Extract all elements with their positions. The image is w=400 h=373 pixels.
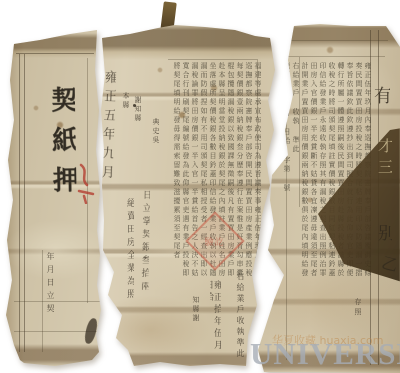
printed-column: 計開業戶置買田房用價銀兩納稅銀數俱於尾內填明給發 (299, 62, 308, 350)
seam-character-middle: 别 (373, 224, 392, 246)
ruled-line (276, 40, 388, 41)
seam-character-top: 有 (370, 86, 390, 110)
stain-characters: 才三 (374, 138, 392, 184)
side-note-column: 存照 (352, 298, 361, 328)
printed-column: 右給業戶 收執 準此 (290, 62, 299, 350)
right-panel-wrap: 雍正伍年玖月內奉巡撫都察院憲牌奉戶部咨議覆御史條 奏民間置買田房投稅之時將契尾粘… (0, 0, 400, 373)
ruled-line (287, 56, 385, 57)
printed-column: 田房入官價銀一半充賞斷不姑貸各宜凜遵毋違須至尾者 (308, 62, 317, 350)
universe-watermark: UNIVERSE (250, 336, 400, 372)
printed-column: 雍正 年 月 日給 字第 號 (281, 62, 290, 350)
photo-of-antique-chinese-deed: 契紙押 年月日立契 雍正五年九月 本縣 謝知縣 典史吳 日立掌契銀叁拾兩 絕賣田… (0, 0, 400, 373)
right-paper-panel: 雍正伍年玖月內奉巡撫都察院憲牌奉戶部咨議覆御史條 奏民間置買田房投稅之時將契尾粘… (0, 0, 400, 373)
